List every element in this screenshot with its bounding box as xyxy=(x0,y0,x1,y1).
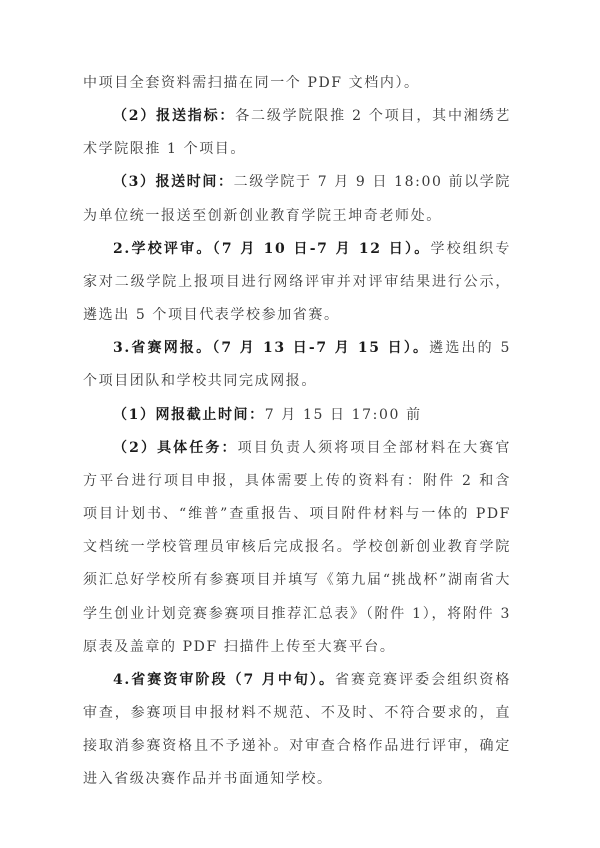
paragraph-text: 项目负责人须将项目全部材料在大赛官方平台进行项目申报，具体需要上传的资料有：附件… xyxy=(83,440,511,655)
paragraph-continuation: 中项目全套资料需扫描在同一个 PDF 文档内）。 xyxy=(83,67,511,100)
paragraph-heading: 4.省赛资审阶段（7 月中旬）。 xyxy=(113,672,335,688)
paragraph-report-quota: （2）报送指标：各二级学院限推 2 个项目，其中湘绣艺术学院限推 1 个项目。 xyxy=(83,100,511,166)
paragraph-heading: （2）具体任务： xyxy=(113,440,238,456)
paragraph-text: 7 月 15 日 17:00 前 xyxy=(265,407,422,423)
paragraph-heading: （1）网报截止时间： xyxy=(113,407,265,423)
document-page: 中项目全套资料需扫描在同一个 PDF 文档内）。 （2）报送指标：各二级学院限推… xyxy=(83,67,511,796)
paragraph-text: 省赛竞赛评委会组织资格审查，参赛项目申报材料不规范、不及时、不符合要求的，直接取… xyxy=(83,672,511,787)
paragraph-specific-tasks: （2）具体任务：项目负责人须将项目全部材料在大赛官方平台进行项目申报，具体需要上… xyxy=(83,432,511,664)
paragraph-provincial-online-report: 3.省赛网报。（7 月 13 日-7 月 15 日）。遴选出的 5 个项目团队和… xyxy=(83,332,511,398)
paragraph-online-deadline: （1）网报截止时间：7 月 15 日 17:00 前 xyxy=(83,399,511,432)
paragraph-text: 中项目全套资料需扫描在同一个 PDF 文档内）。 xyxy=(83,75,420,91)
paragraph-heading: 3.省赛网报。（7 月 13 日-7 月 15 日）。 xyxy=(113,340,429,356)
paragraph-provincial-qualification-review: 4.省赛资审阶段（7 月中旬）。省赛竞赛评委会组织资格审查，参赛项目申报材料不规… xyxy=(83,664,511,797)
paragraph-heading: 2.学校评审。（7 月 10 日-7 月 12 日）。 xyxy=(113,241,430,257)
paragraph-heading: （2）报送指标： xyxy=(113,108,235,124)
paragraph-school-review: 2.学校评审。（7 月 10 日-7 月 12 日）。学校组织专家对二级学院上报… xyxy=(83,233,511,332)
paragraph-heading: （3）报送时间： xyxy=(113,174,234,190)
paragraph-report-time: （3）报送时间：二级学院于 7 月 9 日 18:00 前以学院为单位统一报送至… xyxy=(83,166,511,232)
